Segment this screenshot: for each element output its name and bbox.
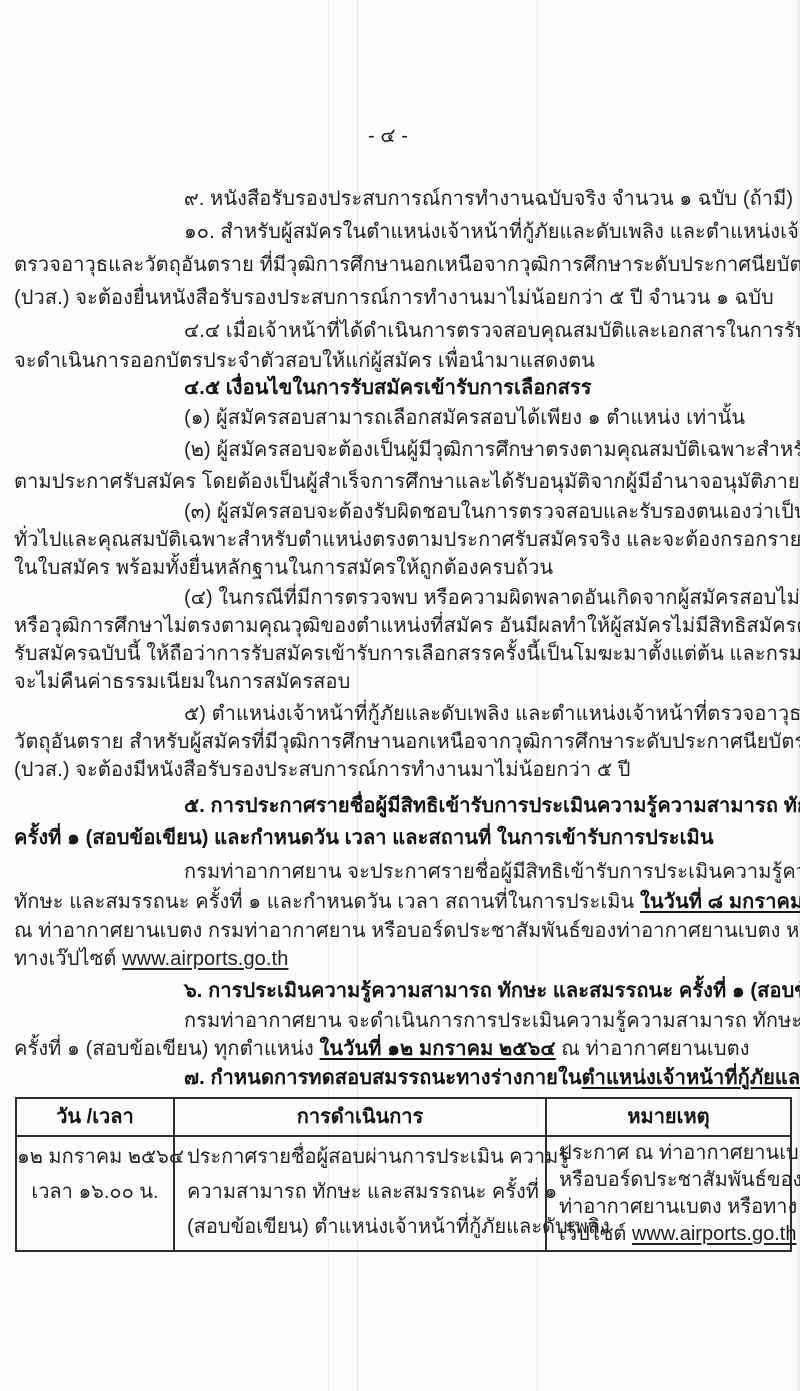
- page-number: - ๔ -: [0, 120, 776, 153]
- condition-1-line: (๑) ผู้สมัครสอบสามารถเลือกสมัครสอบได้เพี…: [14, 402, 790, 435]
- table-header-date: วัน /เวลา: [17, 1099, 173, 1135]
- table-cell-date: ๑๒ มกราคม ๒๕๖๔ เวลา ๑๖.๐๐ น.: [17, 1137, 173, 1250]
- table-data-row: ๑๒ มกราคม ๒๕๖๔ เวลา ๑๖.๐๐ น. ประกาศรายชื…: [17, 1137, 790, 1250]
- body-text: ทักษะ และสมรรถนะ ครั้งที่ ๑ และกำหนดวัน …: [14, 891, 640, 913]
- condition-4-line: จะไม่คืนค่าธรรมเนียมในการสมัครสอบ: [14, 666, 790, 699]
- section-5-heading: ครั้งที่ ๑ (สอบข้อเขียน) และกำหนดวัน เวล…: [14, 822, 790, 855]
- table-header-remark: หมายเหตุ: [545, 1099, 790, 1135]
- clause-4-5-heading: ๔.๕ เงื่อนไขในการรับสมัครเข้ารับการเลือก…: [14, 372, 790, 405]
- item-10-line: ตรวจอาวุธและวัตถุอันตราย ที่มีวุฒิการศึก…: [14, 249, 790, 282]
- time-line: เวลา ๑๖.๐๐ น.: [17, 1175, 173, 1210]
- table-header-action: การดำเนินการ: [173, 1099, 545, 1135]
- clause-4-4-line: ๔.๔ เมื่อเจ้าหน้าที่ได้ดำเนินการตรวจสอบค…: [14, 315, 790, 348]
- condition-2-line: ตามประกาศรับสมัคร โดยต้องเป็นผู้สำเร็จกา…: [14, 466, 790, 499]
- body-text: ทางเว๊ปไซต์: [14, 948, 122, 970]
- action-line: ประกาศรายชื่อผู้สอบผ่านการประเมิน ความรู…: [187, 1140, 541, 1175]
- section-5-body-line: กรมท่าอากาศยาน จะประกาศรายชื่อผู้มีสิทธิ…: [14, 856, 790, 889]
- item-10-line: ๑๐. สำหรับผู้สมัครในตำแหน่งเจ้าหน้าที่กู…: [14, 216, 790, 249]
- condition-5-line: (ปวส.) จะต้องมีหนังสือรับรองประสบการณ์กา…: [14, 754, 790, 787]
- remark-line: ท่าอากาศยานเบตง หรือทาง: [559, 1194, 800, 1221]
- table-header-row: วัน /เวลา การดำเนินการ หมายเหตุ: [17, 1099, 790, 1137]
- remark-line: ประกาศ ณ ท่าอากาศยานเบตง: [559, 1140, 800, 1167]
- action-line: (สอบข้อเขียน) ตำแหน่งเจ้าหน้าที่กู้ภัยแล…: [187, 1210, 541, 1245]
- section-5-body-line: ทางเว๊ปไซต์ www.airports.go.th: [14, 943, 790, 976]
- remark-line: เว็ปไซต์ www.airports.go.th: [559, 1221, 800, 1248]
- scanned-document-page: - ๔ - ๙. หนังสือรับรองประสบการณ์การทำงาน…: [0, 0, 800, 1391]
- website-link[interactable]: www.airports.go.th: [122, 948, 288, 970]
- date-line: ๑๒ มกราคม ๒๕๖๔: [17, 1140, 173, 1175]
- condition-2-line: (๒) ผู้สมัครสอบจะต้องเป็นผู้มีวุฒิการศึก…: [14, 434, 790, 467]
- body-text: ครั้งที่ ๑ (สอบข้อเขียน) ทุกตำแหน่ง: [14, 1038, 320, 1060]
- table-cell-remark: ประกาศ ณ ท่าอากาศยานเบตง หรือบอร์ดประชาส…: [545, 1137, 800, 1250]
- section-6-heading: ๖. การประเมินความรู้ความสามารถ ทักษะ และ…: [14, 975, 790, 1008]
- item-10-line: (ปวส.) จะต้องยื่นหนังสือรับรองประสบการณ์…: [14, 282, 790, 315]
- item-9-line: ๙. หนังสือรับรองประสบการณ์การทำงานฉบับจร…: [14, 183, 790, 216]
- physical-test-schedule-table: วัน /เวลา การดำเนินการ หมายเหตุ ๑๒ มกราค…: [15, 1097, 792, 1252]
- section-7-heading: ๗. กำหนดการทดสอบสมรรถนะทางร่างกายในตำแหน…: [14, 1062, 790, 1095]
- heading-text: ๗. กำหนดการทดสอบสมรรถนะทางร่างกายใน: [184, 1067, 582, 1089]
- remark-line: หรือบอร์ดประชาสัมพันธ์ของ: [559, 1167, 800, 1194]
- exam-date: ในวันที่ ๑๒ มกราคม ๒๕๖๔: [320, 1038, 556, 1060]
- section-5-heading: ๕. การประกาศรายชื่อผู้มีสิทธิเข้ารับการป…: [14, 790, 790, 823]
- position-underlined: ตำแหน่งเจ้าหน้าที่กู้ภัยและดับเพลิง: [582, 1067, 800, 1089]
- action-line: ความสามารถ ทักษะ และสมรรถนะ ครั้งที่ ๑: [187, 1175, 541, 1210]
- condition-3-line: ในใบสมัคร พร้อมทั้งยื่นหลักฐานในการสมัคร…: [14, 552, 790, 585]
- announcement-date: ในวันที่ ๘ มกราคม พ.ศ. ๒๕๖๔: [640, 891, 800, 913]
- remark-text: เว็ปไซต์: [559, 1223, 632, 1245]
- table-cell-action: ประกาศรายชื่อผู้สอบผ่านการประเมิน ความรู…: [173, 1137, 545, 1250]
- body-text: ณ ท่าอากาศยานเบตง: [556, 1038, 750, 1060]
- website-link[interactable]: www.airports.go.th: [632, 1223, 797, 1245]
